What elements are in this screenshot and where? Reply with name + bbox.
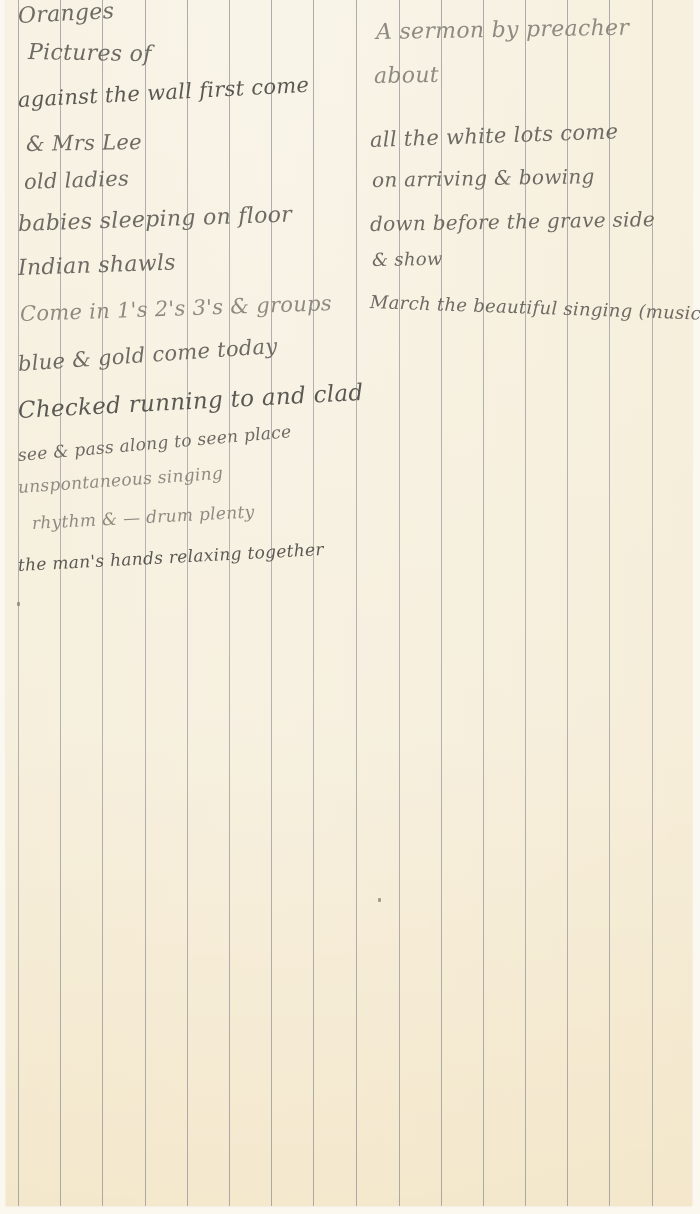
note-line: Pictures of	[28, 40, 152, 67]
note-line: against the wall first come	[17, 73, 309, 112]
note-line: Oranges	[17, 0, 115, 29]
note-line: Come in 1's 2's 3's & groups	[20, 291, 333, 326]
note-line: blue & gold come today	[17, 334, 278, 376]
note-line: see & pass along to seen place	[17, 422, 292, 466]
note-line: A sermon by preacher	[376, 16, 630, 45]
note-line: unspontaneous singing	[17, 464, 223, 498]
note-line: all the white lots come	[370, 119, 619, 152]
note-line: & Mrs Lee	[26, 130, 142, 156]
right-notes-column: A sermon by preacher about all the white…	[370, 0, 700, 360]
note-line: about	[374, 63, 439, 89]
note-line: rhythm & — drum plenty	[31, 502, 255, 534]
note-line: Checked running to and clad	[17, 380, 364, 424]
ruled-line	[356, 0, 357, 1206]
pencil-mark	[378, 898, 381, 902]
note-line: babies sleeping on floor	[18, 202, 293, 237]
note-line: Indian shawls	[18, 250, 177, 280]
left-notes-column: Oranges Pictures of against the wall fir…	[18, 0, 338, 620]
note-line: old ladies	[24, 166, 130, 194]
note-line: down before the grave side	[370, 207, 655, 236]
note-line: the man's hands relaxing together	[17, 540, 324, 576]
note-line: March the beautiful singing (music)	[370, 292, 700, 325]
note-line: & show	[372, 249, 443, 271]
scanned-page: Oranges Pictures of against the wall fir…	[0, 0, 700, 1214]
note-line: on arriving & bowing	[372, 164, 595, 192]
